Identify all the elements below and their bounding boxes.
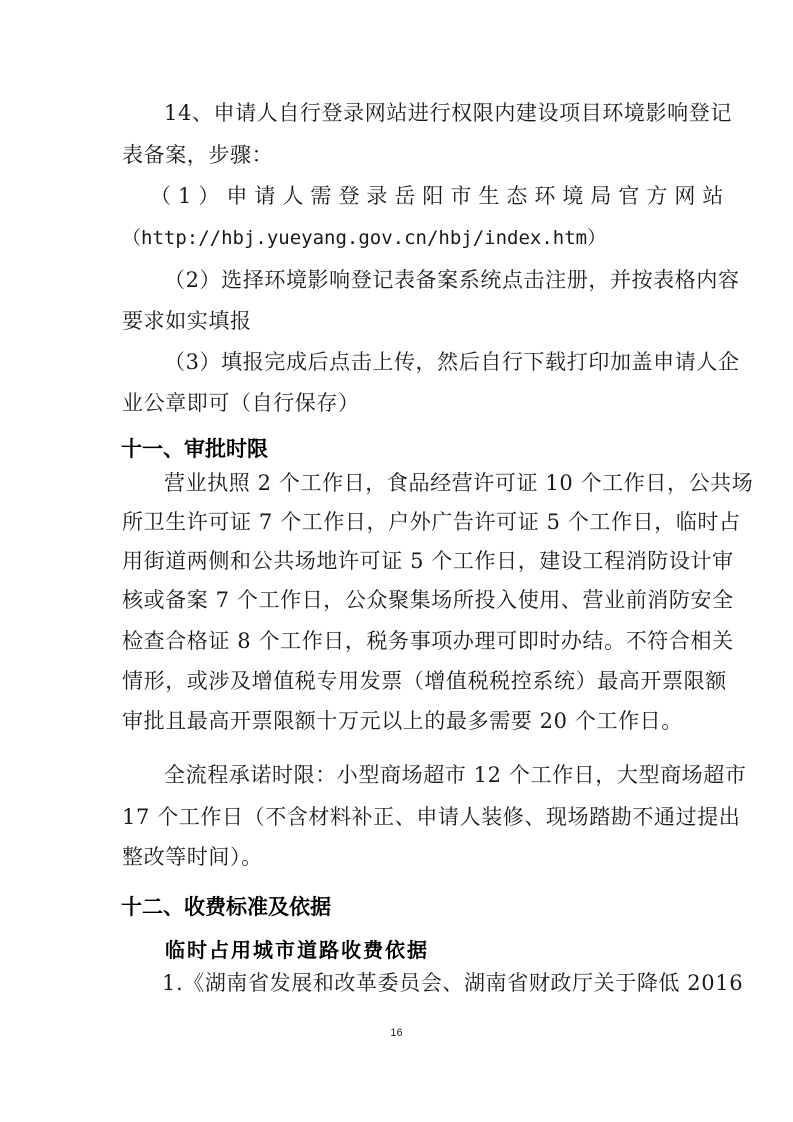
item14-step2-line-1: （2）选择环境影响登记表备案系统点击注册，并按表格内容 <box>164 266 718 294</box>
document-page: 14、申请人自行登录网站进行权限内建设项目环境影响登记 表备案，步骤： （1）申… <box>0 0 793 1122</box>
section-11-heading: 十一、审批时限 <box>121 435 268 463</box>
item14-step3-line-1: （3）填报完成后点击上传，然后自行下载打印加盖申请人企 <box>164 348 718 376</box>
section-12-heading: 十二、收费标准及依据 <box>121 893 331 921</box>
section-11-para1-line-5: 检查合格证 8 个工作日，税务事项办理可即时办结。不符合相关 <box>122 627 718 655</box>
section-12-subheading: 临时占用城市道路收费依据 <box>165 936 429 964</box>
section-11-para2-line-3: 整改等时间）。 <box>122 843 718 871</box>
section-11-para1-line-6: 情形，或涉及增值税专用发票（增值税税控系统）最高开票限额 <box>122 667 718 695</box>
item14-step2-line-2: 要求如实填报 <box>122 307 718 335</box>
section-11-para1-line-2: 所卫生许可证 7 个工作日，户外广告许可证 5 个工作日，临时占 <box>122 508 718 536</box>
section-11-para1-line-1: 营业执照 2 个工作日，食品经营许可证 10 个工作日，公共场 <box>164 469 718 497</box>
section-11-para1-line-3: 用街道两侧和公共场地许可证 5 个工作日，建设工程消防设计审 <box>122 547 718 575</box>
section-11-para2-line-1: 全流程承诺时限：小型商场超市 12 个工作日，大型商场超市 <box>164 761 718 789</box>
section-11-para1-line-7: 审批且最高开票限额十万元以上的最多需要 20 个工作日。 <box>122 707 718 735</box>
item14-step1-url: （http://hbj.yueyang.gov.cn/hbj/index.htm… <box>122 224 718 252</box>
item14-step1-line-1: （1）申请人需登录岳阳市生态环境局官方网站 <box>150 182 718 210</box>
section-12-item-1: 1.《湖南省发展和改革委员会、湖南省财政厅关于降低 2016 <box>162 969 718 997</box>
item14-line-2: 表备案，步骤： <box>122 141 718 169</box>
item14-step3-line-2: 业公章即可（自行保存） <box>122 389 718 417</box>
section-11-para2-line-2: 17 个工作日（不含材料补正、申请人装修、现场踏勘不通过提出 <box>122 803 718 831</box>
item14-line-1: 14、申请人自行登录网站进行权限内建设项目环境影响登记 <box>164 99 718 127</box>
page-number: 16 <box>0 1027 793 1039</box>
section-11-para1-line-4: 核或备案 7 个工作日，公众聚集场所投入使用、营业前消防安全 <box>122 586 718 614</box>
